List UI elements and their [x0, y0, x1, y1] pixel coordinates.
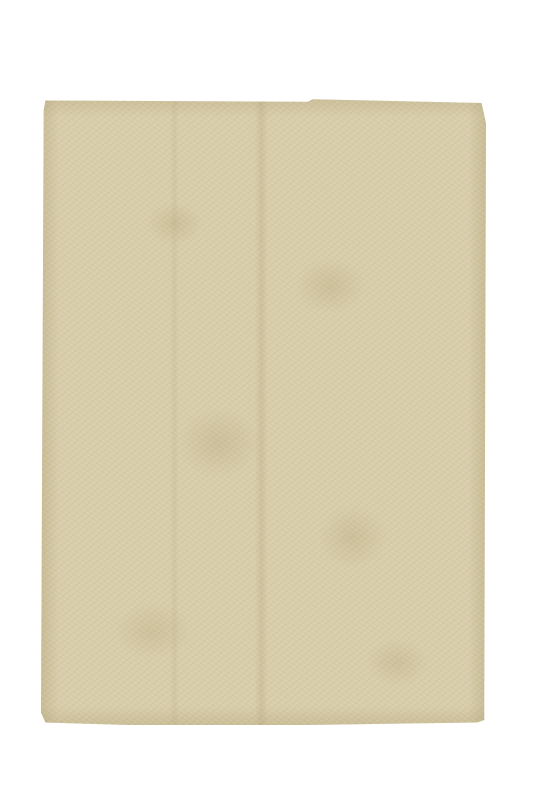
rug-pile-texture	[41, 98, 486, 725]
rug	[41, 98, 486, 725]
